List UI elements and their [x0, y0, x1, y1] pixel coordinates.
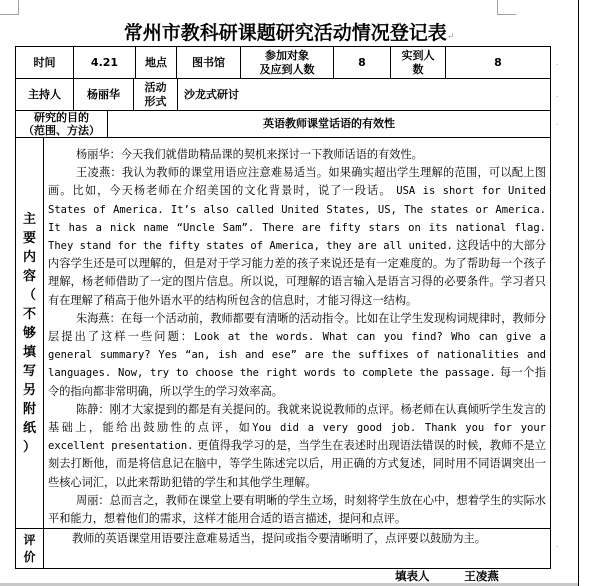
main-content-body[interactable]: 杨丽华：今天我们就借助精品课的契机来探讨一下教师话语的有效性。 王凌燕：我认为教… — [43, 137, 551, 529]
time-value-cell[interactable]: 4.21 — [73, 46, 136, 79]
paragraph-chen: 陈静：刚才大家提到的都是有关提问的。我就来说说教师的点评。杨老师在认真倾听学生发… — [48, 401, 546, 492]
place-label-cell: 地点 — [135, 46, 177, 79]
main-content-label: 主 要 内 容 （ 不 够 填 写 另 附 纸 ） — [15, 137, 44, 529]
document-title: 常州市教科研课题研究活动情况登记表↵ — [0, 18, 578, 45]
crop-mark-top-right — [497, 0, 516, 15]
host-label-cell: 主持人 — [15, 78, 74, 111]
row-end-mark-icon: . — [556, 118, 559, 127]
form-value-cell[interactable]: 沙龙式研讨 — [177, 78, 551, 111]
row-end-mark-icon: . — [556, 540, 559, 549]
paragraph-zhou: 周丽：总而言之，教师在课堂上要有明晰的学生立场，时刻将学生放在心中，想着学生的实… — [48, 492, 546, 528]
place-value-cell[interactable]: 图书馆 — [176, 46, 241, 79]
host-value-cell[interactable]: 杨丽华 — [73, 78, 134, 111]
time-label-cell: 时间 — [15, 46, 74, 79]
attended-value-cell[interactable]: 8 — [445, 46, 551, 79]
form-label-cell: 活动 形式 — [133, 78, 178, 111]
row-end-mark-icon: . — [556, 58, 559, 67]
evaluation-body[interactable]: 教师的英语课堂用语要注意难易适当，提问或指令要清晰明了，点评要以鼓励为主。 — [43, 528, 551, 569]
paragraph-wang: 王凌燕：我认为教师的课堂用语应注意难易适当。如果确实超出学生理解的范围，可以配上… — [48, 164, 546, 310]
paragraph-yang: 杨丽华：今天我们就借助精品课的契机来探讨一下教师话语的有效性。 — [48, 146, 546, 164]
document-page: 常州市教科研课题研究活动情况登记表↵ 时间 4.21 地点 图书馆 参加对象 及… — [0, 0, 578, 586]
purpose-value-cell[interactable]: 英语教师课堂话语的有效性 — [107, 110, 551, 138]
row-end-mark-icon: . — [556, 90, 559, 99]
participants-value-cell[interactable]: 8 — [333, 46, 391, 79]
paragraph-zhu: 朱海燕：在每一个活动前，教师都要有清晰的活动指令。比如在让学生发现构词规律时，教… — [48, 310, 546, 401]
attended-label-cell: 实到人 数 — [390, 46, 446, 79]
page-right-edge — [578, 0, 592, 586]
participants-label-cell: 参加对象 及应到人数 — [240, 46, 334, 79]
purpose-label-cell: 研究的目的 （范围、方法） — [15, 110, 108, 138]
evaluation-label: 评 价 — [15, 528, 44, 569]
crop-mark-top-left — [0, 0, 19, 15]
paragraph-mark-icon: ↵ — [447, 32, 455, 42]
